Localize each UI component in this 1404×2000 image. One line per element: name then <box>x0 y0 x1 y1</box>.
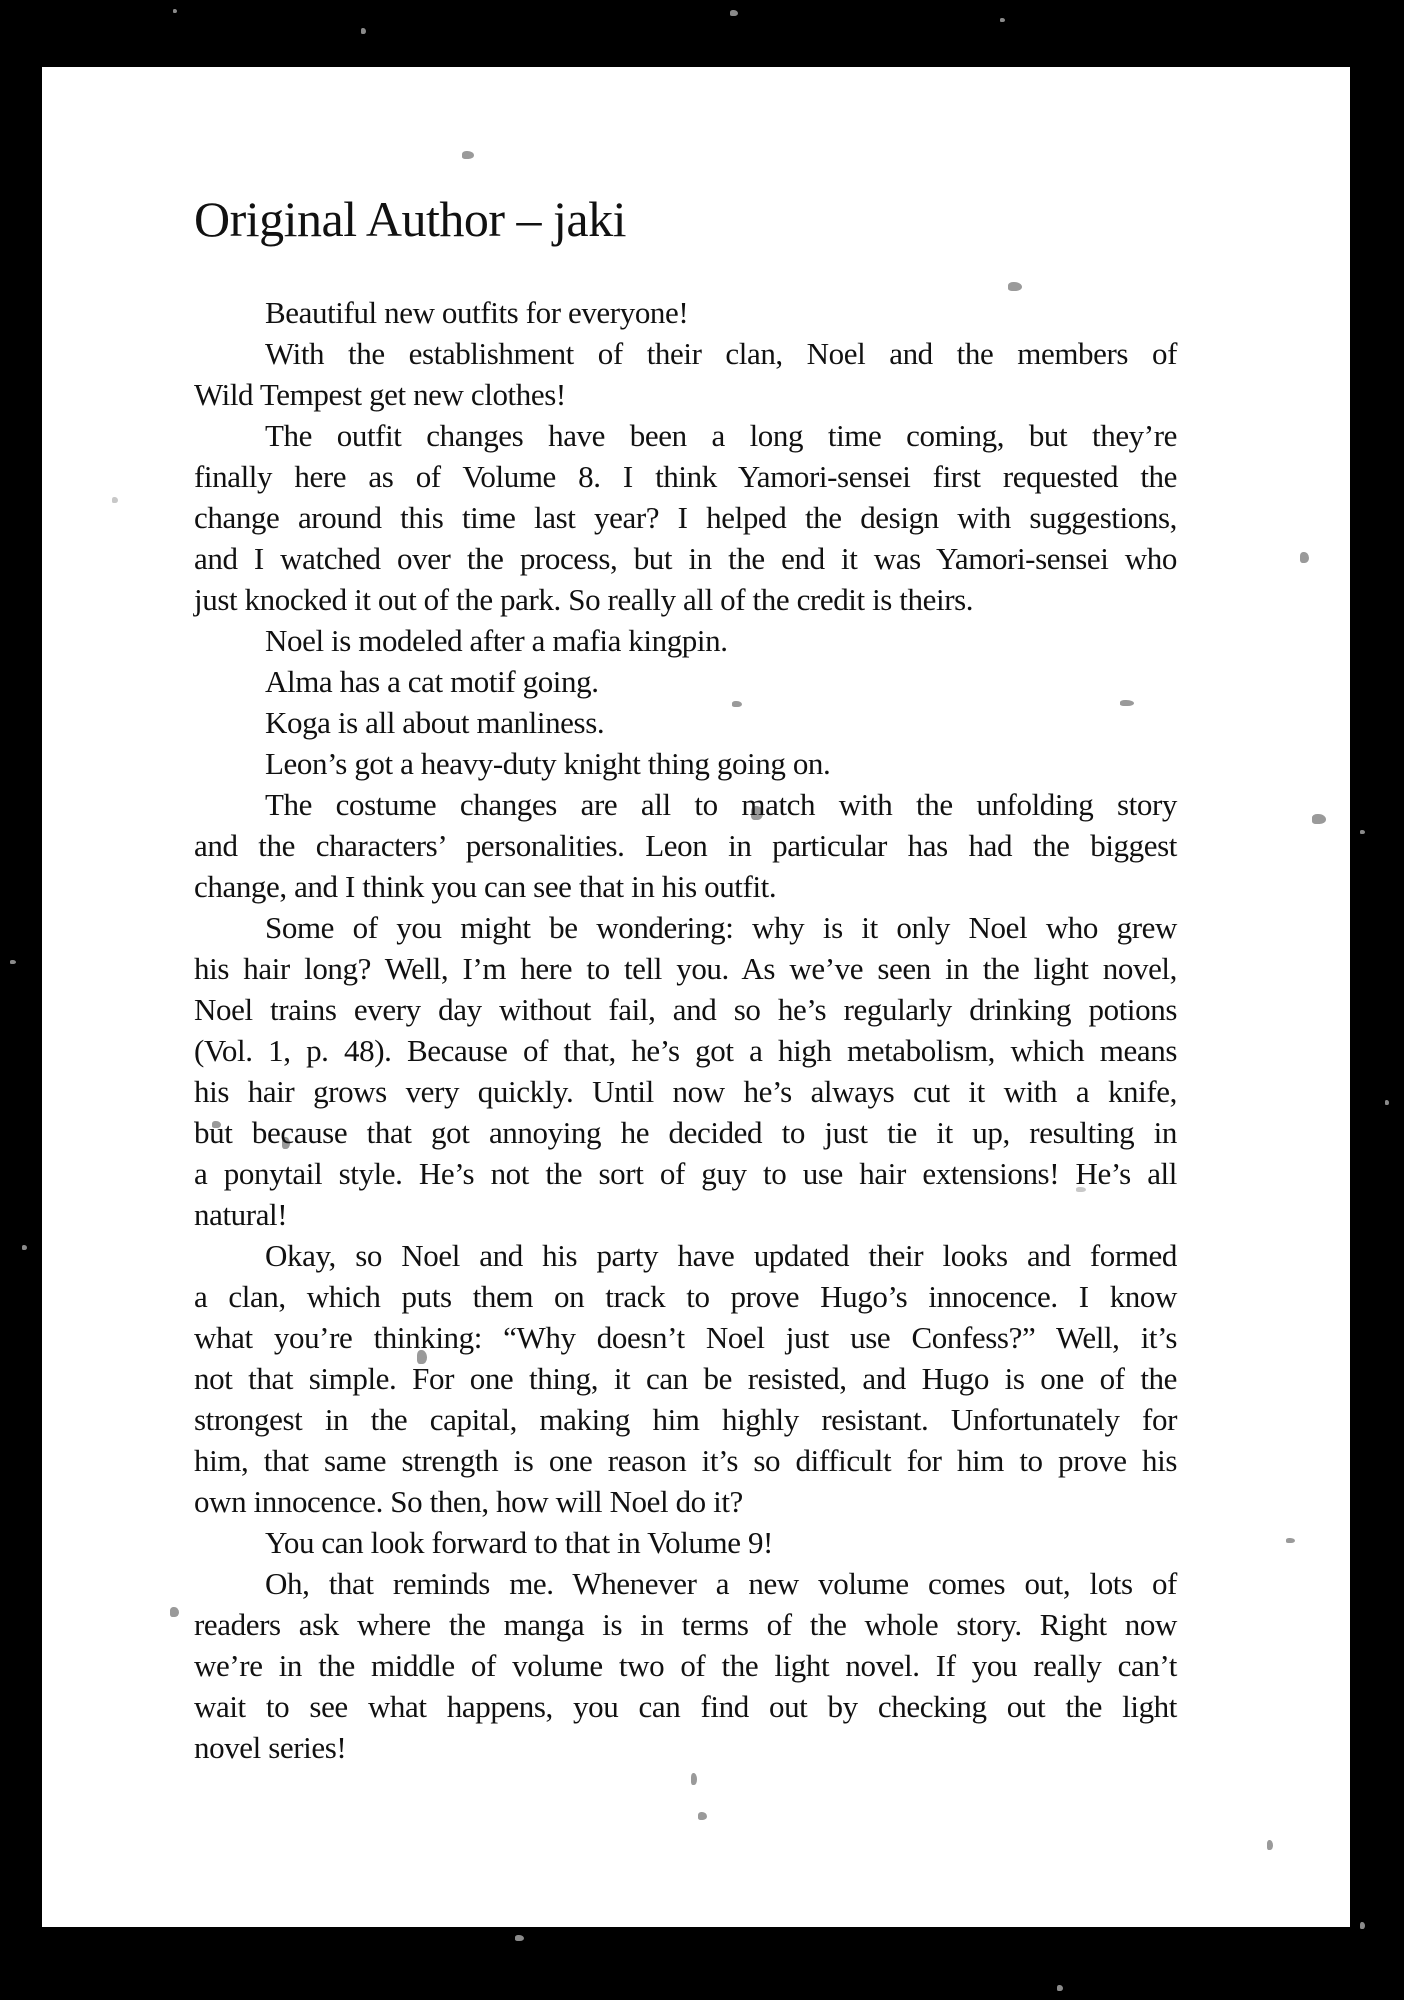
text-line: but because that got annoying he decided… <box>194 1112 1177 1153</box>
text-line: Noel is modeled after a mafia kingpin. <box>194 620 1177 661</box>
text-line: what you’re thinking: “Why doesn’t Noel … <box>194 1317 1177 1358</box>
text-line: Beautiful new outfits for everyone! <box>194 292 1177 333</box>
text-line: Wild Tempest get new clothes! <box>194 374 1177 415</box>
text-line: a clan, which puts them on track to prov… <box>194 1276 1177 1317</box>
text-line: him, that same strength is one reason it… <box>194 1440 1177 1481</box>
noise-speck <box>462 151 474 159</box>
text-line: and the characters’ personalities. Leon … <box>194 825 1177 866</box>
noise-speck <box>173 9 177 13</box>
text-line: finally here as of Volume 8. I think Yam… <box>194 456 1177 497</box>
noise-speck <box>170 1607 179 1617</box>
text-line: The costume changes are all to match wit… <box>194 784 1177 825</box>
text-line: Noel trains every day without fail, and … <box>194 989 1177 1030</box>
noise-speck <box>1008 282 1022 291</box>
text-line: change around this time last year? I hel… <box>194 497 1177 538</box>
noise-speck <box>1286 1538 1295 1543</box>
text-line: novel series! <box>194 1727 1177 1768</box>
body-text: Beautiful new outfits for everyone! With… <box>194 292 1177 1768</box>
text-line: just knocked it out of the park. So real… <box>194 579 1177 620</box>
noise-speck <box>1360 1922 1365 1929</box>
noise-speck <box>1300 552 1309 563</box>
text-line: wait to see what happens, you can find o… <box>194 1686 1177 1727</box>
noise-speck <box>1057 1985 1063 1991</box>
noise-speck <box>1312 814 1326 824</box>
text-line: Some of you might be wondering: why is i… <box>194 907 1177 948</box>
text-line: not that simple. For one thing, it can b… <box>194 1358 1177 1399</box>
text-line: (Vol. 1, p. 48). Because of that, he’s g… <box>194 1030 1177 1071</box>
document-page: Original Author – jaki Beautiful new out… <box>42 67 1350 1927</box>
text-line: The outfit changes have been a long time… <box>194 415 1177 456</box>
text-line: readers ask where the manga is in terms … <box>194 1604 1177 1645</box>
text-line: Alma has a cat motif going. <box>194 661 1177 702</box>
noise-speck <box>698 1812 707 1820</box>
text-line: own innocence. So then, how will Noel do… <box>194 1481 1177 1522</box>
noise-speck <box>22 1245 27 1250</box>
text-line: natural! <box>194 1194 1177 1235</box>
text-line: Oh, that reminds me. Whenever a new volu… <box>194 1563 1177 1604</box>
text-line: Leon’s got a heavy-duty knight thing goi… <box>194 743 1177 784</box>
text-line: Okay, so Noel and his party have updated… <box>194 1235 1177 1276</box>
text-line: a ponytail style. He’s not the sort of g… <box>194 1153 1177 1194</box>
noise-speck <box>515 1935 524 1941</box>
noise-speck <box>1360 830 1365 834</box>
noise-speck <box>1267 1840 1273 1850</box>
page-title: Original Author – jaki <box>194 189 626 249</box>
noise-speck <box>730 10 738 16</box>
noise-speck <box>691 1773 697 1785</box>
text-line: we’re in the middle of volume two of the… <box>194 1645 1177 1686</box>
noise-speck <box>1385 1100 1389 1105</box>
text-line: You can look forward to that in Volume 9… <box>194 1522 1177 1563</box>
text-line: his hair long? Well, I’m here to tell yo… <box>194 948 1177 989</box>
noise-speck <box>10 960 16 964</box>
noise-speck <box>1000 18 1005 22</box>
text-line: change, and I think you can see that in … <box>194 866 1177 907</box>
text-line: With the establishment of their clan, No… <box>194 333 1177 374</box>
text-line: and I watched over the process, but in t… <box>194 538 1177 579</box>
text-line: strongest in the capital, making him hig… <box>194 1399 1177 1440</box>
text-line: Koga is all about manliness. <box>194 702 1177 743</box>
text-line: his hair grows very quickly. Until now h… <box>194 1071 1177 1112</box>
noise-speck <box>112 497 118 503</box>
noise-speck <box>361 28 366 34</box>
